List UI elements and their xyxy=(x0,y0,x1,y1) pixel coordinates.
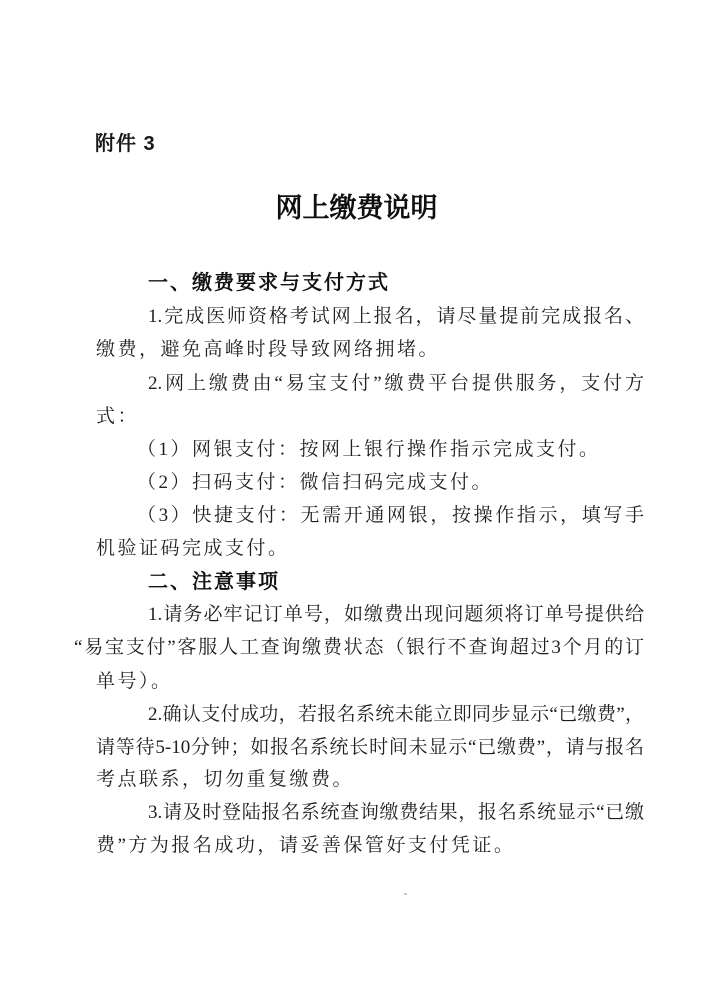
doc-line: （2）扫码支付：微信扫码完成支付。 xyxy=(137,471,493,495)
doc-line: 请等待5-10分钟；如报名系统长时间未显示“已缴费”，请与报名 xyxy=(96,736,644,760)
doc-line: “易宝支付”客服人工查询缴费状态（银行不查询超过3个月的订 xyxy=(74,636,644,660)
doc-line: 2.确认支付成功，若报名系统未能立即同步显示“已缴费”， xyxy=(148,703,644,727)
scanned-document-page: 附件 3 网上缴费说明 一、缴费要求与支付方式 1.完成医师资格考试网上报名，请… xyxy=(0,0,705,1000)
doc-line: （1）网银支付：按网上银行操作指示完成支付。 xyxy=(137,438,601,462)
scan-speck xyxy=(404,893,407,895)
doc-line: 3.请及时登陆报名系统查询缴费结果，报名系统显示“已缴 xyxy=(148,801,644,825)
doc-line: 1.请务必牢记订单号，如缴费出现问题须将订单号提供给 xyxy=(148,603,644,627)
doc-line: 式： xyxy=(96,405,139,429)
doc-line: 1.完成医师资格考试网上报名，请尽量提前完成报名、 xyxy=(148,305,644,329)
doc-title: 网上缴费说明 xyxy=(0,191,705,225)
doc-line: 2.网上缴费由“易宝支付”缴费平台提供服务，支付方 xyxy=(148,372,644,396)
doc-line: 费”方为报名成功，请妥善保管好支付凭证。 xyxy=(96,834,515,858)
doc-line: （3）快捷支付：无需开通网银，按操作指示，填写手 xyxy=(137,504,644,528)
doc-line: 缴费，避免高峰时段导致网络拥堵。 xyxy=(96,338,440,362)
doc-line: 单号）。 xyxy=(96,670,173,694)
doc-line: 考点联系，切勿重复缴费。 xyxy=(96,768,354,792)
section-2-heading: 二、注意事项 xyxy=(148,570,280,594)
attachment-label: 附件 3 xyxy=(95,132,156,156)
section-1-heading: 一、缴费要求与支付方式 xyxy=(148,271,390,295)
doc-line: 机验证码完成支付。 xyxy=(96,537,290,561)
